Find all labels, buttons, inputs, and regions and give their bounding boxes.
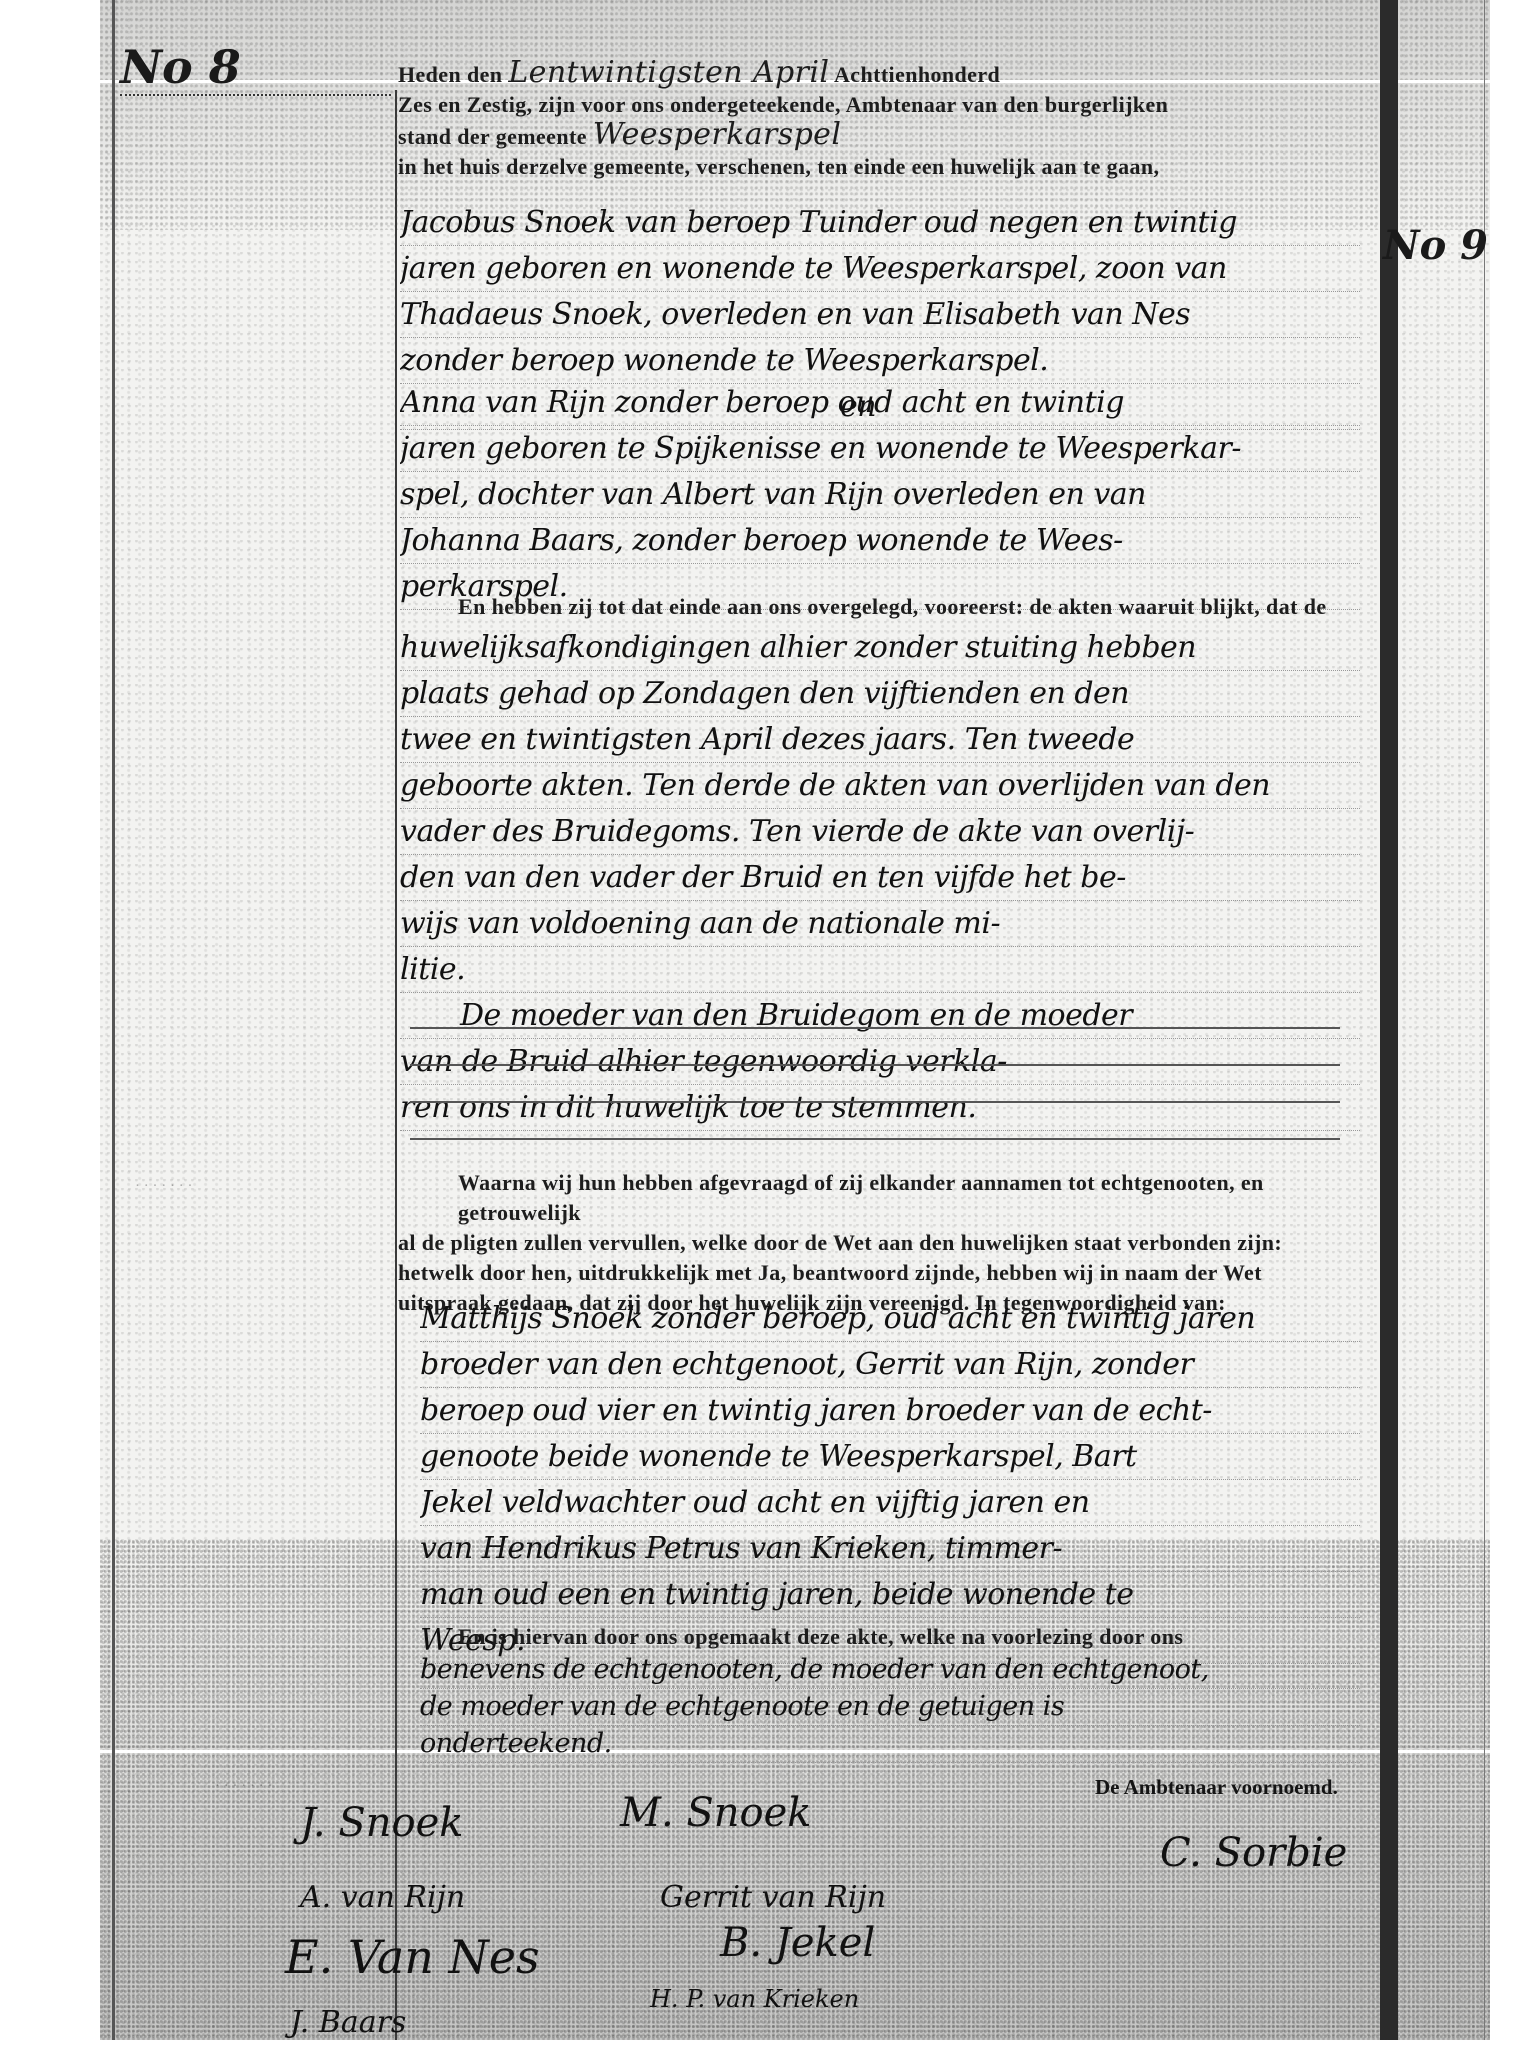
handwritten-municipality: Weesperkarspel (593, 117, 842, 152)
page-left-edge (112, 0, 115, 2040)
documents-printed: En hebben zij tot dat einde aan ons over… (398, 592, 1353, 622)
signature-bride-mother: J. Baars (290, 2005, 406, 2040)
witness-line: Matthijs Snoek zonder beroep, oud acht e… (420, 1296, 1360, 1342)
opening-printed-block: Heden den Lentwintigsten April Achttienh… (398, 58, 1353, 182)
printed-stand-der-gemeente: stand der gemeente (398, 124, 587, 149)
signature-witness: B. Jekel (720, 1920, 875, 1966)
opening-line-1: Heden den Lentwintigsten April Achttienh… (398, 58, 1353, 90)
bride-line: Anna van Rijn zonder beroep oud acht en … (400, 380, 1360, 426)
adjacent-page-edge (1484, 0, 1485, 2040)
signature-witness: H. P. van Krieken (650, 1985, 859, 2013)
documents-line: plaats gehad op Zondagen den vijftienden… (400, 671, 1360, 717)
handwritten-date: Lentwintigsten April (508, 55, 829, 90)
printed-year: Achttienhonderd (834, 62, 1000, 87)
blank-ruled-line (410, 1101, 1340, 1103)
binding-bar (1380, 0, 1398, 2040)
witnesses-block: Matthijs Snoek zonder beroep, oud acht e… (420, 1296, 1360, 1664)
opening-line-2: Zes en Zestig, zijn voor ons ondergeteek… (398, 90, 1353, 120)
declaration-line: al de pligten zullen vervullen, welke do… (398, 1228, 1353, 1258)
margin-rule (395, 90, 397, 2040)
signature-witness: Gerrit van Rijn (660, 1880, 886, 1915)
bride-block: Anna van Rijn zonder beroep oud acht en … (400, 380, 1360, 610)
groom-line: jaren geboren en wonende te Weesperkarsp… (400, 246, 1360, 292)
witness-line: van Hendrikus Petrus van Krieken, timmer… (420, 1526, 1360, 1572)
consent-line: van de Bruid alhier tegenwoordig verkla- (400, 1039, 1360, 1085)
groom-line: Jacobus Snoek van beroep Tuinder oud neg… (400, 200, 1360, 246)
closing-line: onderteekend. (420, 1726, 1360, 1763)
opening-line-4: in het huis derzelve gemeente, verschene… (398, 152, 1353, 182)
declaration-line: hetwelk door hen, uitdrukkelijk met Ja, … (398, 1258, 1353, 1288)
official-label: De Ambtenaar voornoemd. (1095, 1775, 1338, 1800)
bride-line: jaren geboren te Spijkenisse en wonende … (400, 426, 1360, 472)
closing-line: de moeder van de echtgenoote en de getui… (420, 1689, 1360, 1726)
blank-ruled-line (410, 1138, 1340, 1140)
bride-line: spel, dochter van Albert van Rijn overle… (400, 472, 1360, 518)
printed-heden-den: Heden den (398, 62, 502, 87)
witness-line: beroep oud vier en twintig jaren broeder… (420, 1388, 1360, 1434)
witness-line: Jekel veldwachter oud acht en vijftig ja… (420, 1480, 1360, 1526)
closing-printed: En is hiervan door ons opgemaakt deze ak… (398, 1622, 1353, 1652)
documents-line: geboorte akten. Ten derde de akten van o… (400, 763, 1360, 809)
documents-line: huwelijksafkondigingen alhier zonder stu… (400, 625, 1360, 671)
closing-block: benevens de echtgenooten, de moeder van … (420, 1652, 1360, 1763)
record-number-right: No 9 (1383, 222, 1488, 269)
bride-line: Johanna Baars, zonder beroep wonende te … (400, 518, 1360, 564)
opening-line-3: stand der gemeente Weesperkarspel (398, 120, 1353, 152)
margin-note-illegible: · · · · · · · (215, 1778, 272, 1795)
witness-line: man oud een en twintig jaren, beide wone… (420, 1572, 1360, 1618)
witness-line: genoote beide wonende te Weesperkarspel,… (420, 1434, 1360, 1480)
signature-official: C. Sorbie (1160, 1830, 1347, 1876)
signature-groom: J. Snoek (300, 1800, 464, 1846)
documents-block: huwelijksafkondigingen alhier zonder stu… (400, 625, 1360, 1131)
documents-line: twee en twintigsten April dezes jaars. T… (400, 717, 1360, 763)
blank-ruled-line (410, 1027, 1340, 1029)
record-number-left: No 8 (120, 40, 391, 96)
groom-line: Thadaeus Snoek, overleden en van Elisabe… (400, 292, 1360, 338)
documents-line: den van den vader der Bruid en ten vijfd… (400, 855, 1360, 901)
declaration-line: Waarna wij hun hebben afgevraagd of zij … (398, 1168, 1353, 1228)
documents-line: vader des Bruidegoms. Ten vierde de akte… (400, 809, 1360, 855)
documents-line: wijs van voldoening aan de nationale mi- (400, 901, 1360, 947)
margin-note-illegible: · · · · · · · (135, 1178, 192, 1195)
signature-groom-mother: E. Van Nes (285, 1930, 540, 1984)
documents-line: litie. (400, 947, 1360, 993)
consent-line: ren ons in dit huwelijk toe te stemmen. (400, 1085, 1360, 1131)
groom-line: zonder beroep wonende te Weesperkarspel. (400, 338, 1360, 384)
signature-bride: A. van Rijn (300, 1880, 465, 1915)
closing-line: benevens de echtgenooten, de moeder van … (420, 1652, 1360, 1689)
signature-witness: M. Snoek (620, 1790, 812, 1836)
witness-line: broeder van den echtgenoot, Gerrit van R… (420, 1342, 1360, 1388)
blank-ruled-line (410, 1064, 1340, 1066)
consent-line: De moeder van den Bruidegom en de moeder (400, 993, 1360, 1039)
